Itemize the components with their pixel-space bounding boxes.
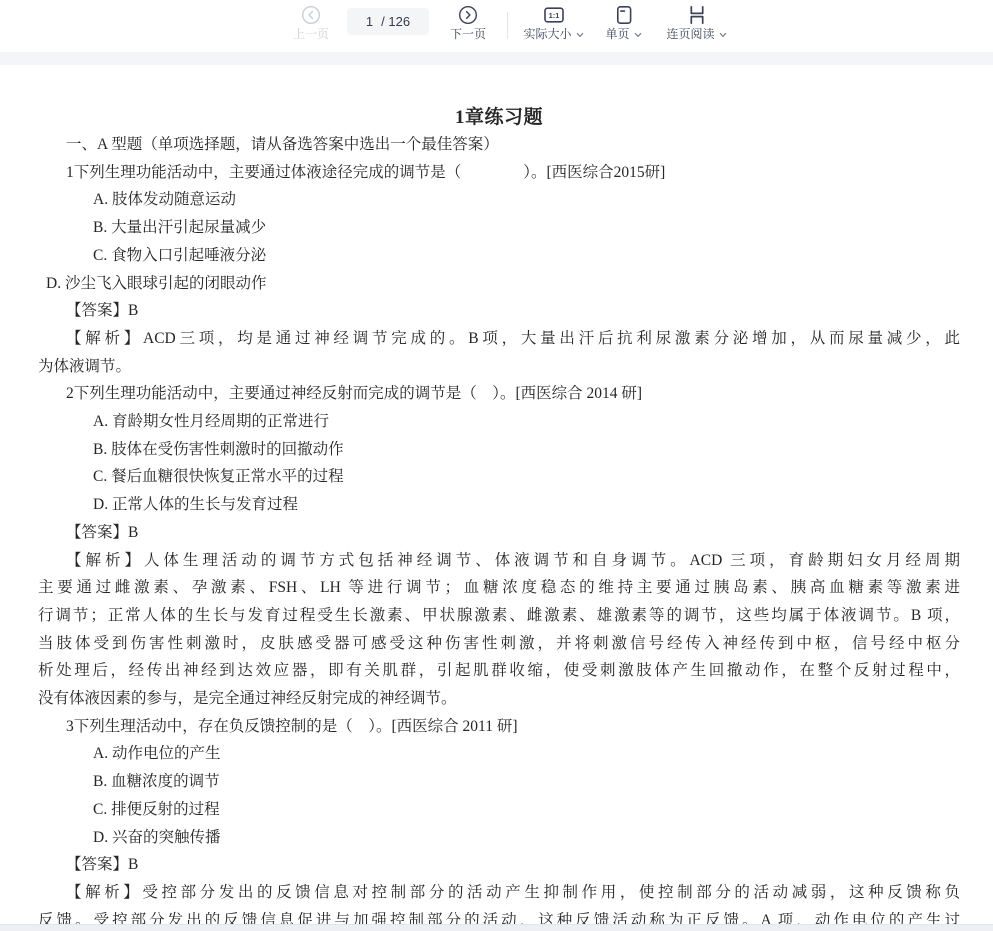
doc-line: 【解析】ACD三项，均是通过神经调节完成的。B项，大量出汗后抗利尿激素分泌增加，… (38, 325, 960, 353)
doc-line: B. 大量出汗引起尿量减少 (38, 214, 960, 242)
single-page-dropdown[interactable]: 单页 (596, 5, 652, 41)
document-lines: 1章练习题一、A 型题（单项选择题，请从备选答案中选出一个最佳答案）1下列生理功… (0, 65, 993, 925)
doc-line: 没有体液因素的参与，是完全通过神经反射完成的神经调节。 (38, 685, 960, 713)
continuous-reading-label: 连页阅读 (666, 28, 714, 41)
svg-text:1:1: 1:1 (549, 11, 560, 20)
doc-line: 【答案】B (38, 297, 960, 325)
single-page-icon (614, 5, 634, 25)
pdf-page-viewport[interactable]: 1章练习题一、A 型题（单项选择题，请从备选答案中选出一个最佳答案）1下列生理功… (0, 65, 993, 925)
doc-line: 析处理后，经传出神经到达效应器，即有关肌群，引起肌群收缩，使受刺激肢体产生回撤动… (38, 657, 960, 685)
total-pages-label: / 126 (381, 14, 410, 29)
doc-line: B. 血糖浓度的调节 (38, 768, 960, 796)
actual-size-dropdown[interactable]: 1:1 实际大小 (516, 5, 592, 41)
doc-line: C. 排便反射的过程 (38, 796, 960, 824)
single-page-label: 单页 (605, 28, 629, 41)
continuous-reading-dropdown[interactable]: 连页阅读 (654, 5, 740, 41)
doc-line: A. 肢体发动随意运动 (38, 186, 960, 214)
actual-size-label: 实际大小 (523, 28, 571, 41)
page-number-input[interactable]: 1 / 126 (347, 8, 429, 35)
doc-title: 1章练习题 (38, 105, 960, 131)
doc-line: B. 肢体在受伤害性刺激时的回撤动作 (38, 436, 960, 464)
doc-line: 为体液调节。 (38, 353, 960, 381)
chevron-right-circle-icon (458, 5, 478, 25)
doc-line: 主要通过雌激素、孕激素、FSH、LH 等进行调节；血糖浓度稳态的维持主要通过胰岛… (38, 574, 960, 602)
one-to-one-icon: 1:1 (543, 5, 565, 25)
doc-line: 当肢体受到伤害性刺激时，皮肤感受器可感受这种伤害性刺激，并将刺激信号经传入神经传… (38, 630, 960, 658)
doc-line: 【解析】人体生理活动的调节方式包括神经调节、体液调节和自身调节。ACD 三项，育… (38, 547, 960, 575)
doc-line: 3下列生理活动中，存在负反馈控制的是（ ）。[西医综合 2011 研] (38, 713, 960, 741)
pdf-toolbar: 上一页 1 / 126 下一页 1:1 实际大小 (0, 0, 993, 52)
doc-line: 【答案】B (38, 851, 960, 879)
doc-line: D. 兴奋的突触传播 (38, 824, 960, 852)
toolbar-separator-strip (0, 52, 993, 65)
current-page-value: 1 (366, 14, 373, 29)
toolbar-divider (507, 12, 508, 39)
chevron-left-circle-icon (301, 5, 321, 25)
page-bottom-gap (0, 924, 993, 931)
chevron-down-icon (633, 30, 643, 40)
doc-line: 1下列生理功能活动中，主要通过体液途径完成的调节是（ ）。[西医综合2015研] (38, 159, 960, 187)
doc-line: C. 餐后血糖很快恢复正常水平的过程 (38, 463, 960, 491)
continuous-pages-icon (687, 5, 707, 25)
doc-line: 反馈。受控部分发出的反馈信息促进与加强控制部分的活动，这种反馈活动称为正反馈。A… (38, 907, 960, 925)
doc-line: 一、A 型题（单项选择题，请从备选答案中选出一个最佳答案） (38, 131, 960, 159)
doc-line: D. 沙尘飞入眼球引起的闭眼动作 (38, 270, 960, 298)
doc-line: 行调节；正常人体的生长与发育过程受生长激素、甲状腺激素、雌激素、雄激素等的调节，… (38, 602, 960, 630)
prev-page-label: 上一页 (293, 28, 329, 41)
doc-line: 2下列生理功能活动中，主要通过神经反射而完成的调节是（ ）。[西医综合 2014… (38, 380, 960, 408)
chevron-down-icon (718, 30, 728, 40)
doc-line: A. 动作电位的产生 (38, 740, 960, 768)
doc-line: C. 食物入口引起唾液分泌 (38, 242, 960, 270)
doc-line: A. 育龄期女性月经周期的正常进行 (38, 408, 960, 436)
doc-line: 【解析】受控部分发出的反馈信息对控制部分的活动产生抑制作用，使控制部分的活动减弱… (38, 879, 960, 907)
doc-line: 【答案】B (38, 519, 960, 547)
chevron-down-icon (575, 30, 585, 40)
next-page-button[interactable]: 下一页 (441, 5, 495, 41)
next-page-label: 下一页 (450, 28, 486, 41)
doc-line: D. 正常人体的生长与发育过程 (38, 491, 960, 519)
prev-page-button[interactable]: 上一页 (284, 5, 338, 41)
